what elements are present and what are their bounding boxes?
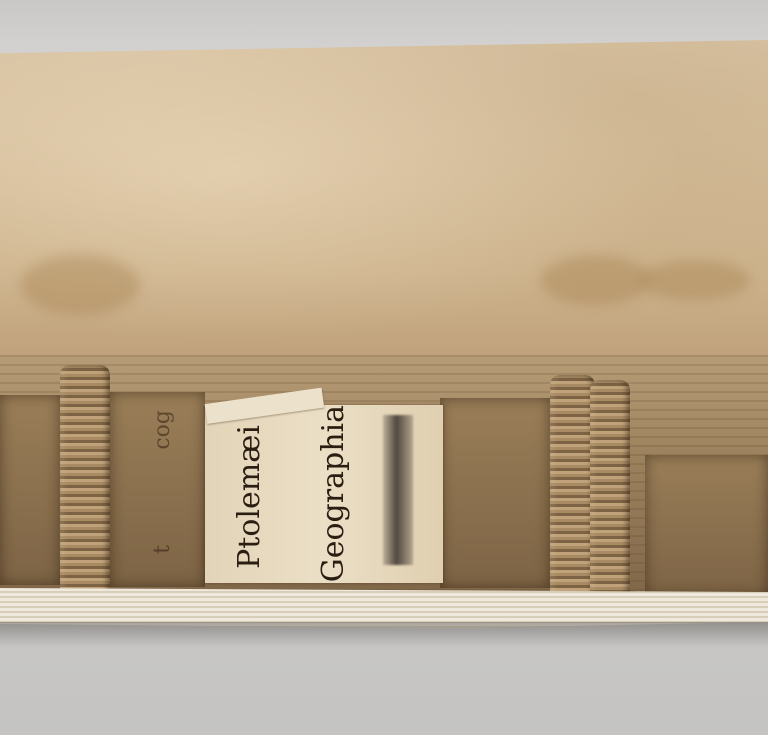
spine-panel: [0, 395, 60, 585]
faint-spine-text-upper: cog: [150, 410, 175, 450]
book-shadow: [0, 622, 768, 647]
sewing-cord: [590, 380, 630, 600]
sewing-cord: [550, 375, 595, 610]
sewing-cord: [60, 365, 110, 600]
spine-label-line2: Geographia: [316, 405, 351, 582]
book-photograph: cog t Ptolemæi Geographia: [0, 0, 768, 735]
cover-stain: [640, 260, 750, 300]
cover-stain: [20, 255, 140, 315]
spine-panel: [645, 455, 768, 595]
spine-label-line1: Ptolemæi: [232, 425, 267, 569]
spine-panel: [440, 398, 550, 588]
book-cover-top: [0, 40, 768, 370]
ink-strikethrough: [383, 415, 413, 565]
cover-stain: [540, 255, 650, 305]
faint-spine-text-lower: t: [150, 545, 175, 554]
